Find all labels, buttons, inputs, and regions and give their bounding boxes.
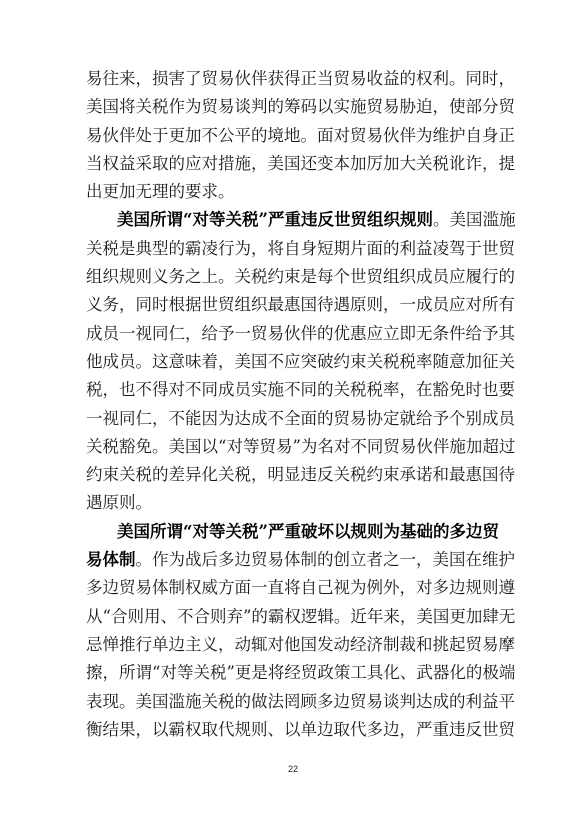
document-page: 易往来，损害了贸易伙伴获得正当贸易收益的权利。同时， 美国将关税作为贸易谈判的筹… [0, 0, 586, 822]
page-number: 22 [0, 764, 586, 774]
text-line: 约束关税的差异化关税，明显违反关税约束承诺和最惠国待 [86, 461, 498, 489]
body-text: 易往来，损害了贸易伙伴获得正当贸易收益的权利。同时， 美国将关税作为贸易谈判的筹… [86, 65, 498, 744]
text-line: 义务，同时根据世贸组织最惠国待遇原则，一成员应对所有 [86, 291, 498, 319]
text-line: 多边贸易体制权威方面一直将自己视为例外，对多边规则遵 [86, 574, 498, 602]
text-line: 关税豁免。美国以“对等贸易”为名对不同贸易伙伴施加超过 [86, 433, 498, 461]
paragraph-heading-line: 美国所谓“对等关税”严重破坏以规则为基础的多边贸 [86, 518, 498, 546]
text-line: 一视同仁，不能因为达成不全面的贸易协定就给予个别成员 [86, 405, 498, 433]
text-line: 从“合则用、不合则弃”的霸权逻辑。近年来，美国更加肆无 [86, 603, 498, 631]
paragraph-heading-line: 美国所谓“对等关税”严重违反世贸组织规则。美国滥施 [86, 206, 498, 234]
text-line: 忌惮推行单边主义，动辄对他国发动经济制裁和挑起贸易摩 [86, 631, 498, 659]
text-line: 美国将关税作为贸易谈判的筹码以实施贸易胁迫，使部分贸 [86, 93, 498, 121]
text-line: 成员一视同仁，给予一贸易伙伴的优惠应立即无条件给予其 [86, 320, 498, 348]
text-line: 衡结果，以霸权取代规则、以单边取代多边，严重违反世贸 [86, 716, 498, 744]
text-line: 易往来，损害了贸易伙伴获得正当贸易收益的权利。同时， [86, 65, 498, 93]
text-line: 组织规则义务之上。关税约束是每个世贸组织成员应履行的 [86, 263, 498, 291]
text-line: 易体制。作为战后多边贸易体制的创立者之一，美国在维护 [86, 546, 498, 574]
text-line: 税，也不得对不同成员实施不同的关税税率，在豁免时也要 [86, 376, 498, 404]
text-line: 当权益采取的应对措施，美国还变本加厉加大关税讹诈，提 [86, 150, 498, 178]
text-line: 出更加无理的要求。 [86, 178, 498, 206]
text-line: 遇原则。 [86, 489, 498, 517]
text-line: 他成员。这意味着，美国不应突破约束关税税率随意加征关 [86, 348, 498, 376]
text-line: 易伙伴处于更加不公平的境地。面对贸易伙伴为维护自身正 [86, 122, 498, 150]
text-line: 表现。美国滥施关税的做法罔顾多边贸易谈判达成的利益平 [86, 688, 498, 716]
text-line: 关税是典型的霸凌行为，将自身短期片面的利益凌驾于世贸 [86, 235, 498, 263]
text-line: 擦，所谓“对等关税”更是将经贸政策工具化、武器化的极端 [86, 659, 498, 687]
